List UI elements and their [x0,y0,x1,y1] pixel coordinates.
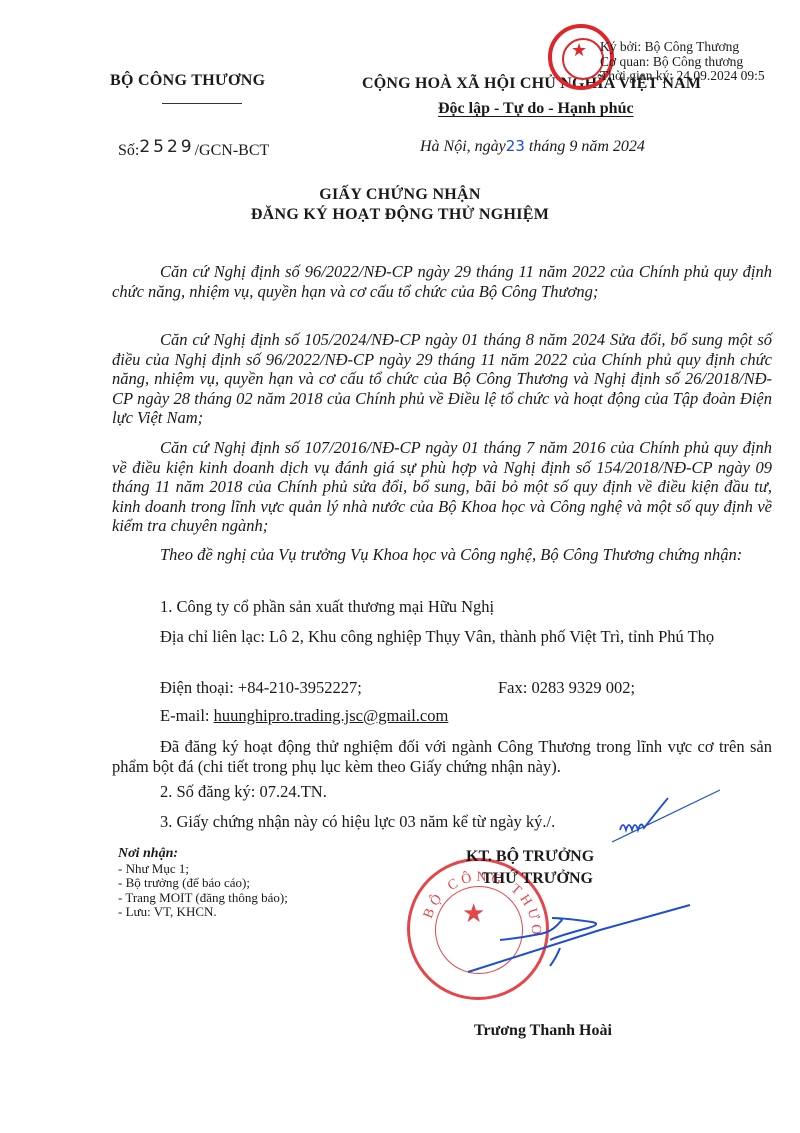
registration-number: 2. Số đăng ký: 07.24.TN. [112,782,772,802]
document-number: Số:2529/GCN-BCT [118,137,269,160]
signer-name: Trương Thanh Hoài [474,1022,612,1040]
doc-number-suffix: /GCN-BCT [195,142,270,159]
email-label: E-mail: [160,706,214,725]
legal-basis-2: Căn cứ Nghị định số 105/2024/NĐ-CP ngày … [112,330,772,428]
recipients-heading: Nơi nhận: [118,847,288,862]
company-name: 1. Công ty cổ phần sản xuất thương mại H… [160,597,494,616]
issuing-agency: BỘ CÔNG THƯƠNG [110,72,350,90]
handwritten-signature-icon [0,0,800,1133]
signed-by: Ký bởi: Bộ Công Thương [600,40,765,55]
validity-period: 3. Giấy chứng nhận này có hiệu lực 03 nă… [112,812,772,832]
agency-underline [162,103,242,104]
address-text: Địa chỉ liên lạc: Lô 2, Khu công nghiệp … [160,627,714,646]
email-row: E-mail: huunghipro.trading.jsc@gmail.com [112,706,772,726]
document-subtitle: ĐĂNG KÝ HOẠT ĐỘNG THỬ NGHIỆM [0,206,800,224]
recipient-item: - Lưu: VT, KHCN. [118,905,288,920]
recipient-item: - Bộ trưởng (để báo cáo); [118,876,288,891]
registration-scope: Đã đăng ký hoạt động thử nghiệm đối với … [112,737,772,776]
item-company: 1. Công ty cổ phần sản xuất thương mại H… [112,597,772,617]
recipient-item: - Như Mục 1; [118,862,288,877]
signing-agency: Cơ quan: Bộ Công thương [600,55,765,70]
doc-number-prefix: Số: [118,142,139,159]
recipients-block: Nơi nhận: - Như Mục 1; - Bộ trưởng (để b… [118,847,288,920]
signing-time: Thời gian ký: 24.09.2024 09:5 [600,69,765,84]
contact-address: Địa chỉ liên lạc: Lô 2, Khu công nghiệp … [112,627,772,647]
legal-basis-1: Căn cứ Nghị định số 96/2022/NĐ-CP ngày 2… [112,262,772,301]
validity-text: 3. Giấy chứng nhận này có hiệu lực 03 nă… [160,812,555,831]
handwritten-day: 23 [506,137,525,155]
document-title: GIẤY CHỨNG NHẬN [0,186,800,204]
signer-role: THỨ TRƯỞNG [482,870,593,888]
place-date-suffix: tháng 9 năm 2024 [525,138,645,155]
legal-basis-3-text: Căn cứ Nghị định số 107/2016/NĐ-CP ngày … [112,438,772,535]
scope-text: Đã đăng ký hoạt động thử nghiệm đối với … [112,737,772,776]
phone-fax-row: Điện thoại: +84-210-3952227;Fax: 0283 93… [112,678,772,698]
recipient-item: - Trang MOIT (đăng thông báo); [118,891,288,906]
place-date: Hà Nội, ngày23 tháng 9 năm 2024 [420,137,645,156]
legal-basis-3: Căn cứ Nghị định số 107/2016/NĐ-CP ngày … [112,438,772,536]
national-motto: Độc lập - Tự do - Hạnh phúc [438,100,634,118]
signer-position: KT. BỘ TRƯỞNG [466,848,594,866]
phone-number: Điện thoại: +84-210-3952227; [160,678,362,697]
doc-number-handwritten: 2529 [139,137,194,157]
registration-number-text: 2. Số đăng ký: 07.24.TN. [160,782,327,801]
proposal-text: Theo đề nghị của Vụ trưởng Vụ Khoa học v… [160,545,742,564]
legal-basis-2-text: Căn cứ Nghị định số 105/2024/NĐ-CP ngày … [112,330,772,427]
place-date-prefix: Hà Nội, ngày [420,138,506,155]
email-link[interactable]: huunghipro.trading.jsc@gmail.com [214,706,449,725]
proposal-statement: Theo đề nghị của Vụ trưởng Vụ Khoa học v… [112,545,772,565]
digital-signature-info: Ký bởi: Bộ Công Thương Cơ quan: Bộ Công … [600,40,765,84]
fax-number: Fax: 0283 9329 002; [498,678,635,698]
legal-basis-1-text: Căn cứ Nghị định số 96/2022/NĐ-CP ngày 2… [112,262,772,301]
